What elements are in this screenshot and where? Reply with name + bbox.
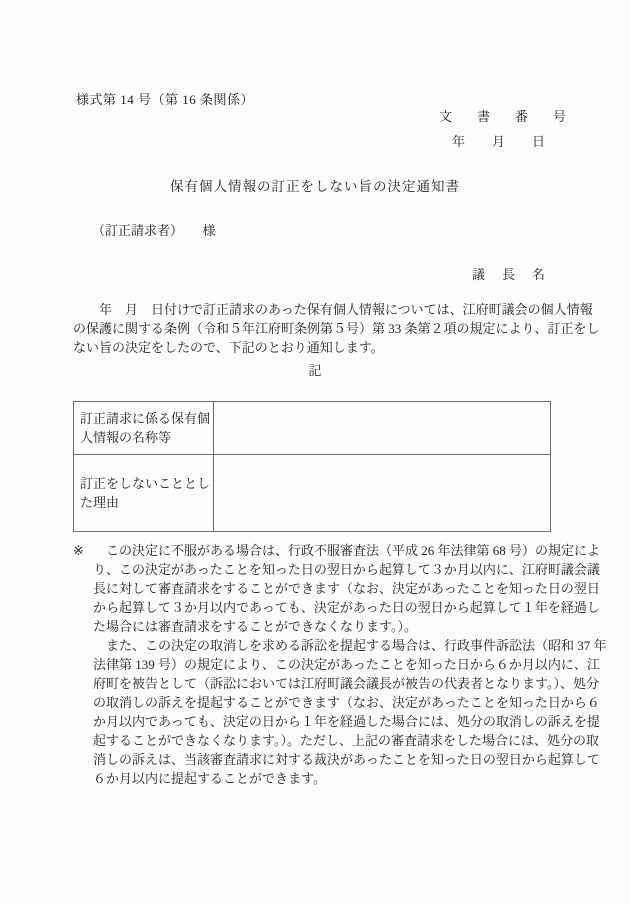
addressee-line: （訂正請求者） 様 (92, 220, 216, 239)
table-row-reason: 訂正をしないこととし た理由 (74, 455, 551, 532)
chairperson-name-line: 議 長 名 (472, 264, 547, 283)
body-paragraph: 年 月 日付けで訂正請求のあった保有個人情報については、江府町議会の個人情報 の… (73, 300, 593, 357)
document-page: 様式第 14 号（第 16 条関係） 文 書 番 号 年 月 日 保有個人情報の… (0, 0, 630, 903)
ki-heading: 記 (0, 360, 630, 379)
table-row-personal-info-name: 訂正請求に係る保有個 人情報の名称等 (74, 402, 551, 455)
document-title: 保有個人情報の訂正をしない旨の決定通知書 (0, 175, 630, 195)
row-label-personal-info-name: 訂正請求に係る保有個 人情報の名称等 (74, 402, 214, 455)
note-paragraph: この決定に不服がある場合は、行政不服審査法（平成 26 年法律第 68 号）の規… (93, 541, 615, 788)
kome-marker: ※ (73, 541, 84, 560)
row-label-reason: 訂正をしないこととし た理由 (74, 455, 214, 532)
note-block: ※ この決定に不服がある場合は、行政不服審査法（平成 26 年法律第 68 号）… (93, 541, 615, 788)
row-value-reason (214, 455, 551, 532)
form-table: 訂正請求に係る保有個 人情報の名称等 訂正をしないこととし た理由 (73, 401, 551, 532)
row-value-personal-info-name (214, 402, 551, 455)
form-number: 様式第 14 号（第 16 条関係） (76, 89, 254, 108)
document-number-label: 文 書 番 号 (439, 106, 572, 125)
date-line: 年 月 日 (452, 131, 552, 150)
